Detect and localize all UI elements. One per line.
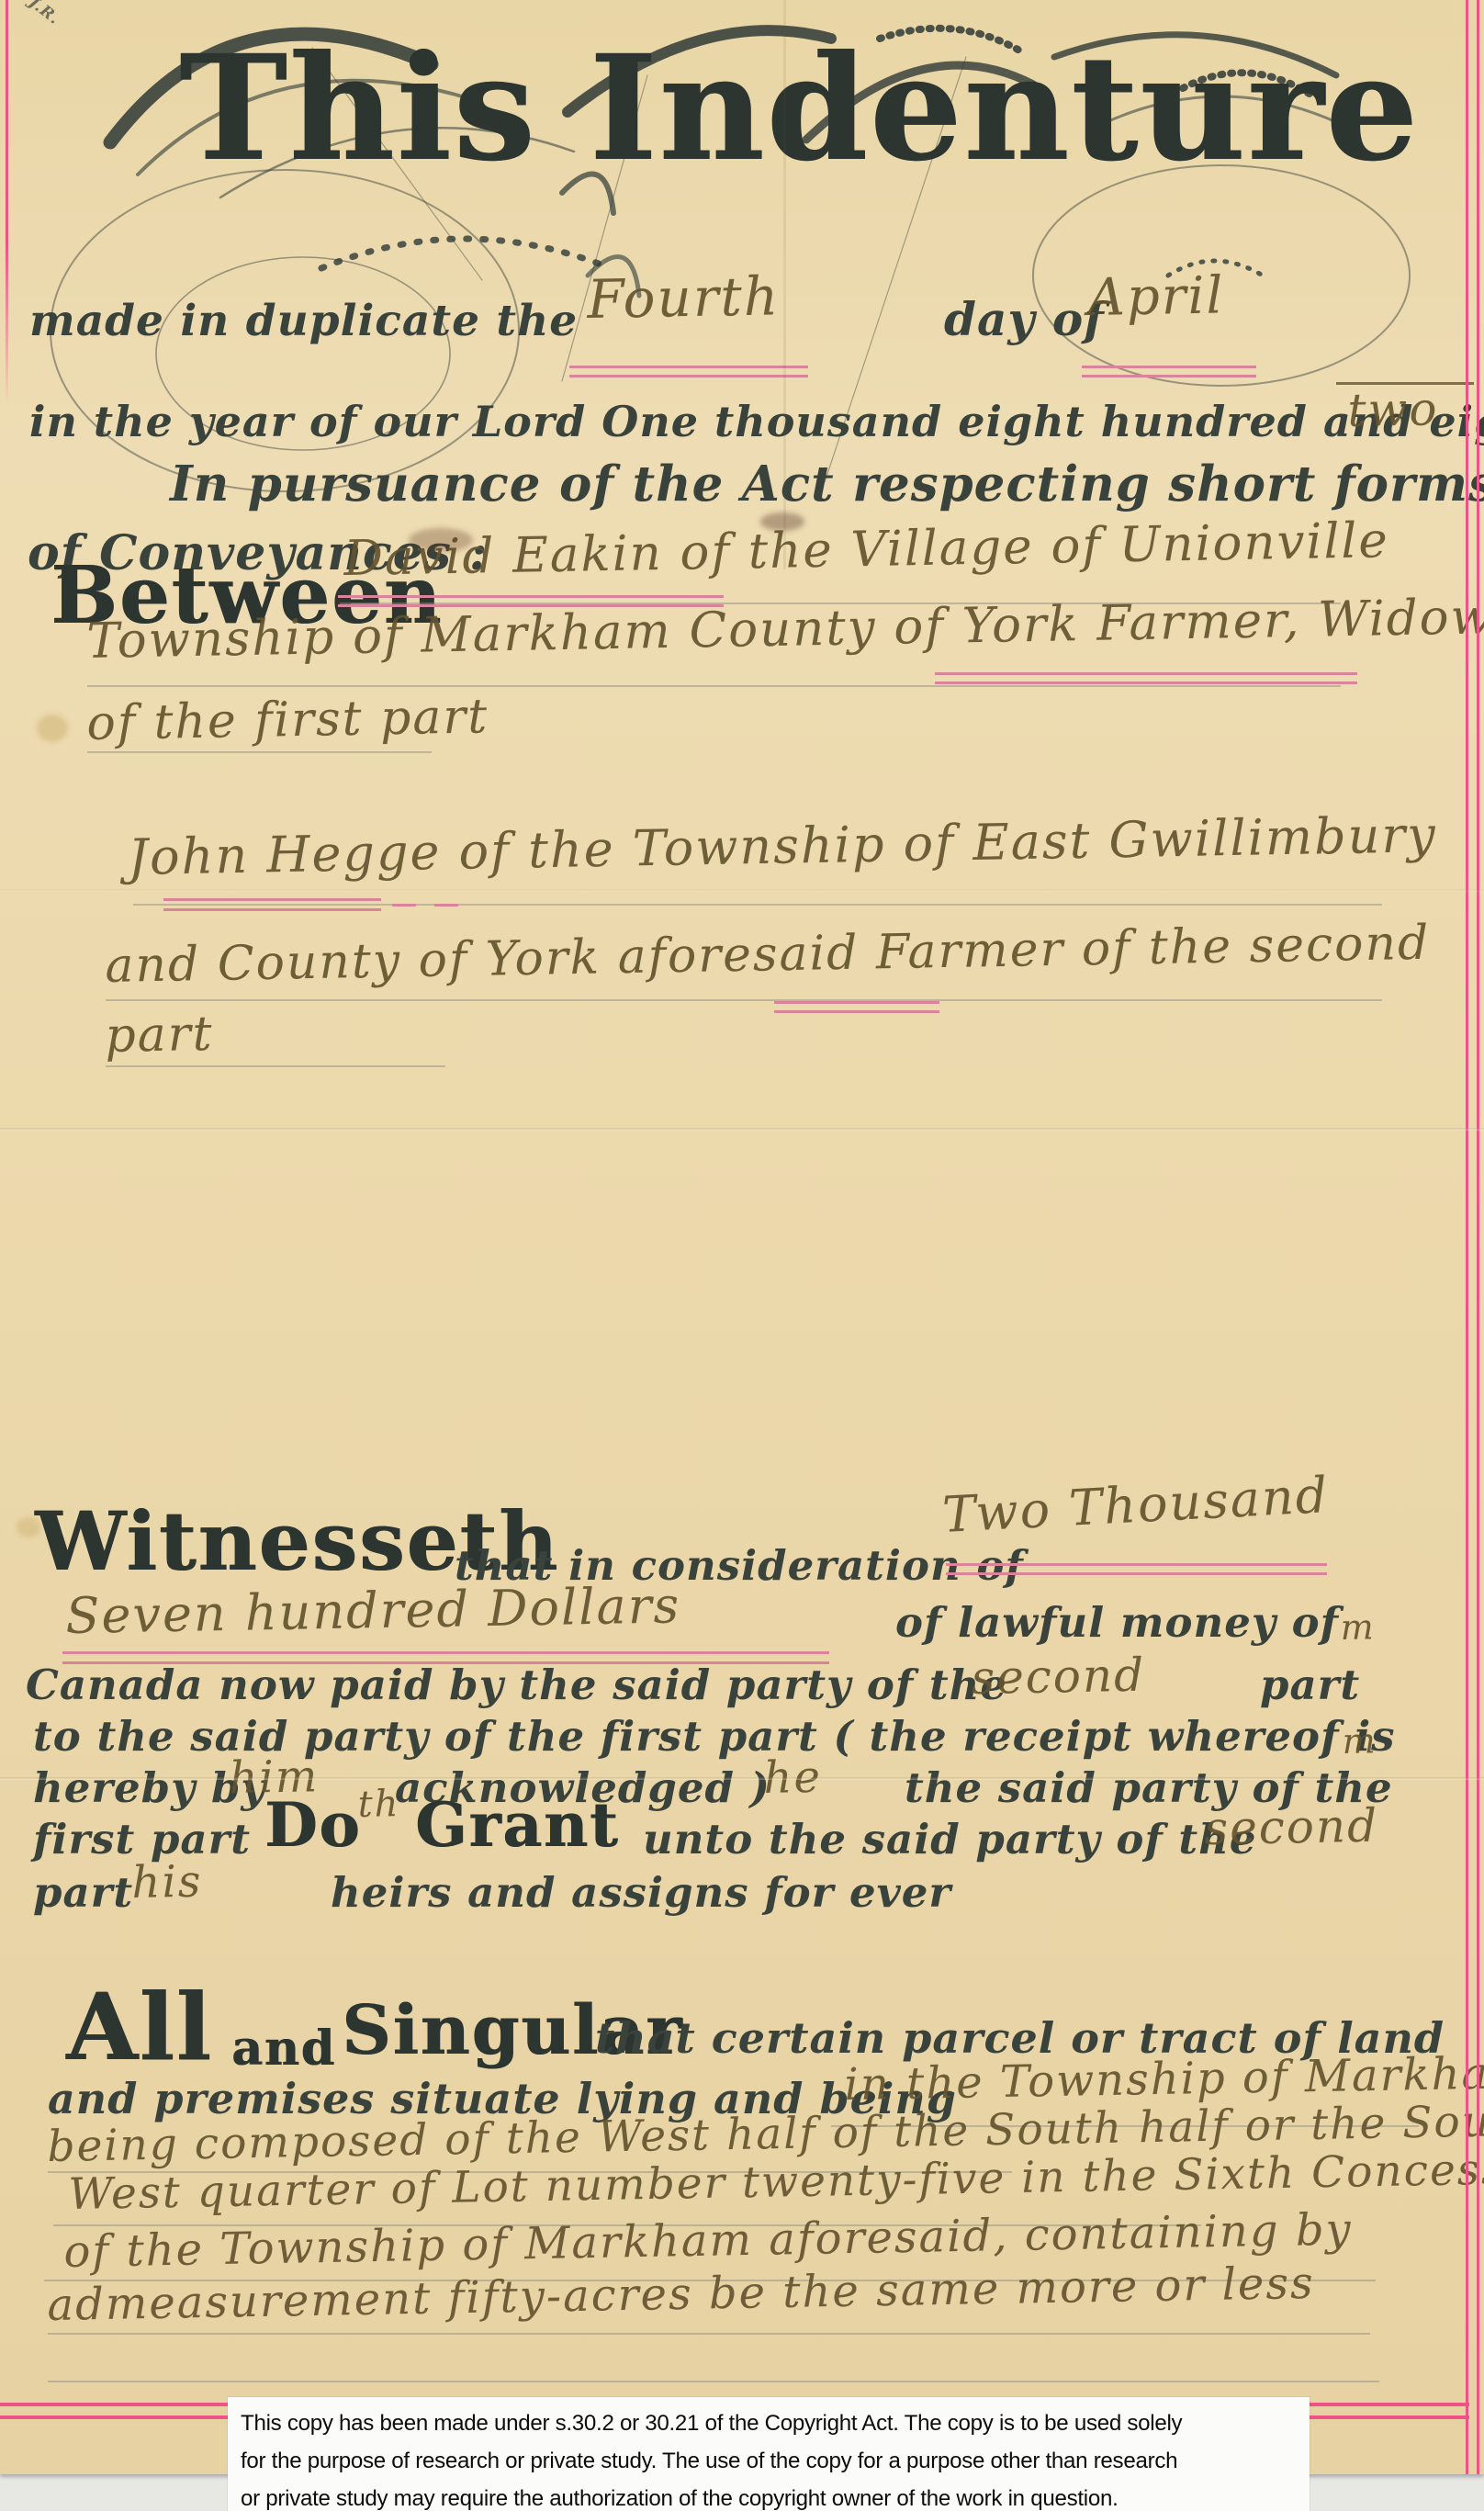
blank-rule [774,1010,939,1013]
margin-rule [0,2415,230,2419]
blank-rule [935,672,1357,675]
amount-fill-2: Seven hundred Dollars [65,1576,681,1645]
his-fill: his [131,1856,203,1909]
pen-flourish-stroke [1336,382,1474,385]
blank-rule [434,904,458,906]
guide-line [87,685,1341,687]
opening-year-fill: two [1347,382,1439,437]
unto-line-printed: unto the said party of the [643,1815,1257,1864]
blank-rule [935,681,1357,684]
fold-crease [0,1128,1484,1131]
blank-rule [569,366,808,368]
guide-line [48,2333,1370,2335]
copyright-line2: for the purpose of research or private s… [241,2442,1290,2480]
part-word-2: part [33,1868,133,1917]
opening-pursuance-line: In pursuance of the Act respecting short… [170,456,1484,512]
margin-rule [1308,2415,1469,2419]
lawful-money-printed: of lawful money of [895,1598,1339,1647]
paper-stain [37,715,68,742]
blank-rule [1082,375,1256,377]
doth-label: Do [264,1789,361,1861]
second-fill-1: second [971,1649,1146,1705]
and-label: and [231,2021,336,2077]
opening-day-fill: Fourth [587,265,781,331]
guide-line [106,999,1382,1001]
right-margin-line [1477,0,1479,2474]
blank-rule [569,375,808,377]
guide-line [133,904,1382,906]
copyright-line1: This copy has been made under s.30.2 or … [241,2404,1290,2442]
opening-day-of: day of [944,292,1105,346]
heirs-line-printed: heirs and assigns for ever [331,1868,951,1917]
blank-rule [62,1651,829,1654]
blank-rule [774,1001,939,1004]
opening-year-line: in the year of our Lord One thousand eig… [29,397,1484,446]
margin-rule [1308,2403,1469,2406]
blank-rule [163,898,381,901]
right-margin-line [1466,0,1468,2474]
ink-smudge [760,512,804,531]
fold-crease [0,1777,1484,1780]
stray-pen-mark: m [1340,1606,1376,1648]
margin-rule [0,2403,230,2406]
first-party-line3: of the first part [86,689,489,751]
blank-rule [946,1572,1327,1575]
copyright-notice: This copy has been made under s.30.2 or … [228,2397,1310,2511]
canada-line-printed: Canada now paid by the said party of the [26,1661,1007,1709]
part-word-1: part [1260,1661,1360,1709]
indenture-document-scan: J.R. This Indenture made in duplicate th… [0,0,1484,2511]
second-fill-2: second [1204,1799,1379,1855]
grant-label: Grant [415,1789,619,1861]
blank-rule [1082,366,1256,368]
blank-rule [946,1563,1327,1566]
th-superscript-fill: th [357,1783,400,1826]
blank-rule [392,904,416,906]
copyright-line3: or private study may require the authori… [241,2480,1290,2511]
opening-month-fill: April [1087,265,1225,328]
ink-smudge [409,528,473,552]
fold-crease [0,889,1484,892]
opening-made-in-duplicate: made in duplicate the [29,296,578,346]
guide-line [48,2381,1379,2382]
blank-rule [338,595,724,598]
paper-stain [17,1517,40,1537]
second-party-line3: part [105,1007,214,1064]
blank-rule [163,908,381,911]
guide-line [87,751,432,753]
all-label: All [66,1973,213,2081]
left-margin-line [6,0,8,404]
document-title: This Indenture [179,24,1420,194]
guide-line [106,1065,445,1067]
stray-pen-mark: m [1342,1720,1377,1762]
fold-crease [783,0,786,569]
